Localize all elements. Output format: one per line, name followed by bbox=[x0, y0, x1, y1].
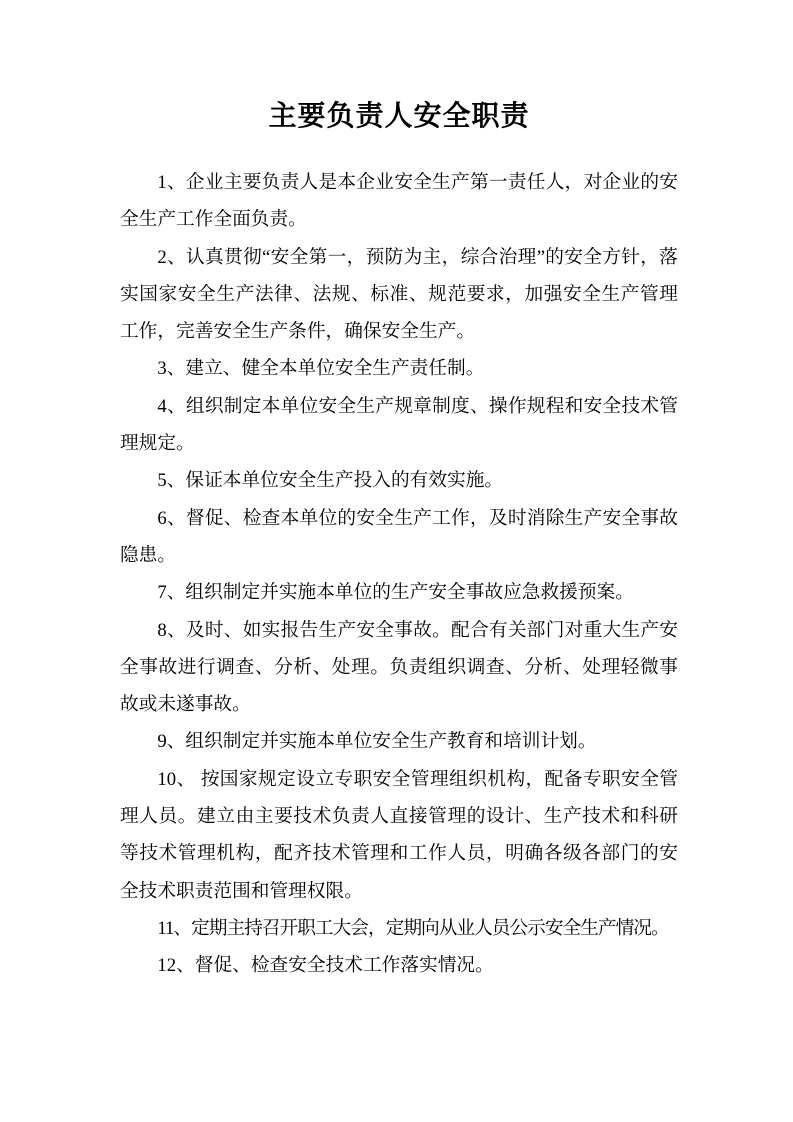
duty-item-4: 4、组织制定本单位安全生产规章制度、操作规程和安全技术管理规定。 bbox=[120, 388, 678, 463]
duty-item-10: 10、 按国家规定设立专职安全管理组织机构，配备专职安全管理人员。建立由主要技术… bbox=[120, 761, 678, 910]
document-body: 1、企业主要负责人是本企业安全生产第一责任人，对企业的安全生产工作全面负责。 2… bbox=[120, 164, 678, 985]
document-title: 主要负责人安全职责 bbox=[120, 98, 678, 136]
document-page: 主要负责人安全职责 1、企业主要负责人是本企业安全生产第一责任人，对企业的安全生… bbox=[0, 0, 793, 1122]
duty-item-8: 8、及时、如实报告生产安全事故。配合有关部门对重大生产安全事故进行调查、分析、处… bbox=[120, 612, 678, 724]
duty-item-11: 11、定期主持召开职工大会，定期向从业人员公示安全生产情况。 bbox=[120, 910, 678, 947]
duty-item-5: 5、保证本单位安全生产投入的有效实施。 bbox=[120, 462, 678, 499]
duty-item-9: 9、组织制定并实施本单位安全生产教育和培训计划。 bbox=[120, 723, 678, 760]
duty-item-3: 3、建立、健全本单位安全生产责任制。 bbox=[120, 350, 678, 387]
duty-item-7: 7、组织制定并实施本单位的生产安全事故应急救援预案。 bbox=[120, 574, 678, 611]
duty-item-2: 2、认真贯彻“安全第一，预防为主，综合治理”的安全方针，落实国家安全生产法律、法… bbox=[120, 239, 678, 351]
duty-item-1: 1、企业主要负责人是本企业安全生产第一责任人，对企业的安全生产工作全面负责。 bbox=[120, 164, 678, 239]
duty-item-12: 12、督促、检查安全技术工作落实情况。 bbox=[120, 947, 678, 984]
duty-item-6: 6、督促、检查本单位的安全生产工作，及时消除生产安全事故隐患。 bbox=[120, 500, 678, 575]
